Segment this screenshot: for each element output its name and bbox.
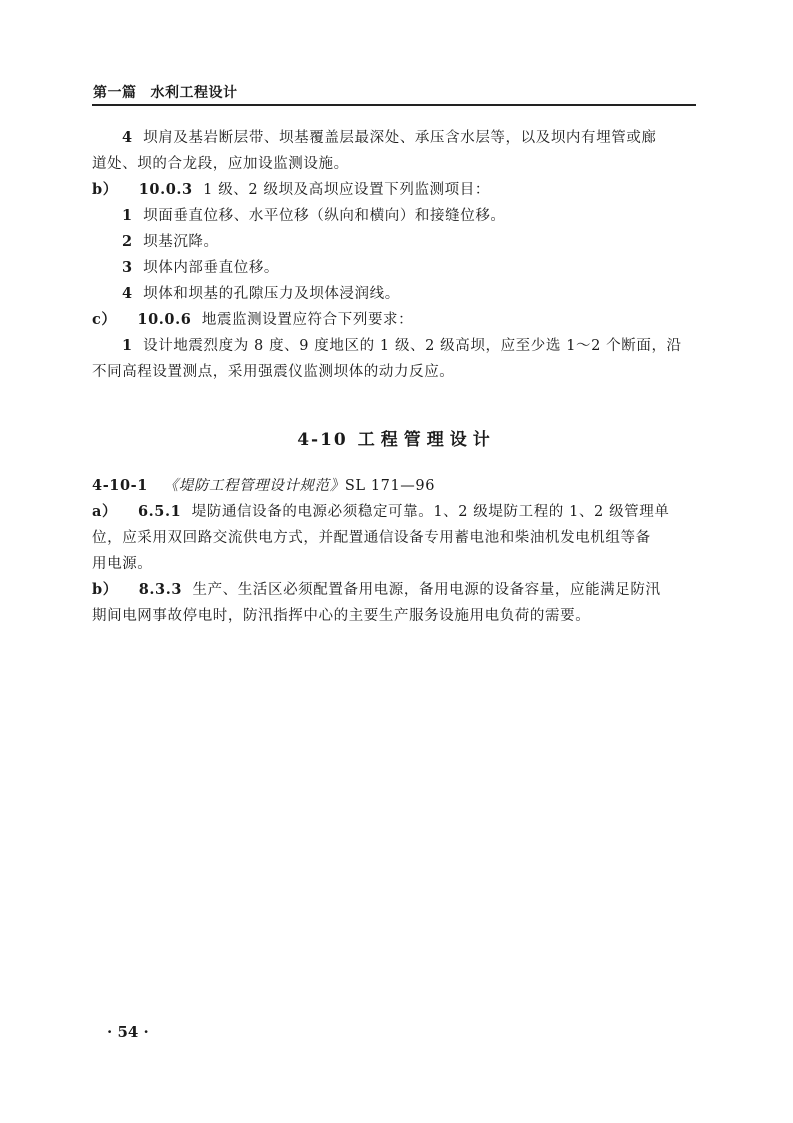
- list-item: 3 坝体内部垂直位移。: [122, 256, 279, 277]
- standard-reference: 4-10-1 《堤防工程管理设计规范》SL 171—96: [92, 474, 435, 495]
- section-title: 4-10工程管理设计: [0, 425, 793, 450]
- paragraph-line: 1 设计地震烈度为 8 度、9 度地区的 1 级、2 级高坝，应至少选 1～2 …: [122, 334, 682, 355]
- running-header: 第一篇水利工程设计: [93, 82, 238, 102]
- paragraph-line: 期间电网事故停电时，防汛指挥中心的主要生产服务设施用电负荷的需要。: [92, 604, 590, 625]
- header-part: 第一篇: [93, 85, 137, 101]
- page-number: · 54 ·: [107, 1023, 149, 1041]
- paragraph-line: 道处、坝的合龙段，应加设监测设施。: [92, 152, 349, 173]
- clause-b: b） 8.3.3 生产、生活区必须配置备用电源，备用电源的设备容量，应能满足防汛: [92, 578, 661, 599]
- clause-a: a） 6.5.1 堤防通信设备的电源必须稳定可靠。1、2 级堤防工程的 1、2 …: [92, 500, 669, 521]
- paragraph-line: 不同高程设置测点，采用强震仪监测坝体的动力反应。: [92, 360, 454, 381]
- list-item: 2 坝基沉降。: [122, 230, 219, 251]
- clause-c: c） 10.0.6 地震监测设置应符合下列要求：: [92, 308, 413, 329]
- paragraph-line: 4 坝肩及基岩断层带、坝基覆盖层最深处、承压含水层等，以及坝内有埋管或廊: [122, 126, 657, 147]
- header-title: 水利工程设计: [151, 85, 238, 101]
- paragraph-line: 用电源。: [92, 552, 152, 573]
- header-rule: [92, 104, 696, 106]
- list-item: 4 坝体和坝基的孔隙压力及坝体浸润线。: [122, 282, 400, 303]
- clause-b: b） 10.0.3 1 级、2 级坝及高坝应设置下列监测项目：: [92, 178, 490, 199]
- paragraph-line: 位，应采用双回路交流供电方式，并配置通信设备专用蓄电池和柴油机发电机组等备: [92, 526, 651, 547]
- list-item: 1 坝面垂直位移、水平位移（纵向和横向）和接缝位移。: [122, 204, 506, 225]
